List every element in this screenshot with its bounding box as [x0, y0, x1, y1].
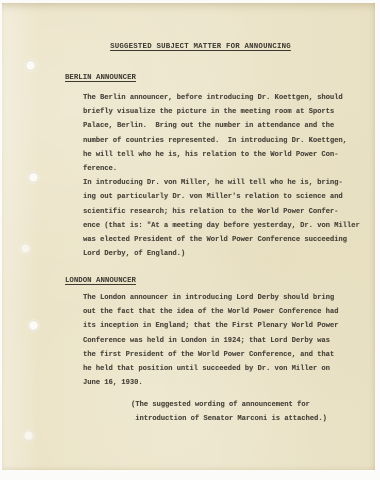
- punch-hole: [25, 60, 36, 71]
- punch-hole: [23, 430, 34, 441]
- page-title: SUGGESTED SUBJECT MATTER FOR ANNOUNCING: [2, 43, 375, 51]
- attachment-note: (The suggested wording of announcement f…: [131, 398, 351, 426]
- punch-hole: [28, 320, 39, 331]
- document-page: SUGGESTED SUBJECT MATTER FOR ANNOUNCING …: [2, 3, 375, 470]
- paragraph-london: The London announcer in introducing Lord…: [83, 291, 363, 390]
- paragraph-berlin: The Berlin announcer, before introducing…: [83, 91, 363, 261]
- punch-hole: [20, 243, 31, 254]
- punch-hole: [28, 172, 39, 183]
- section-heading-berlin: BERLIN ANNOUNCER: [65, 74, 136, 82]
- section-heading-london: LONDON ANNOUNCER: [65, 277, 136, 285]
